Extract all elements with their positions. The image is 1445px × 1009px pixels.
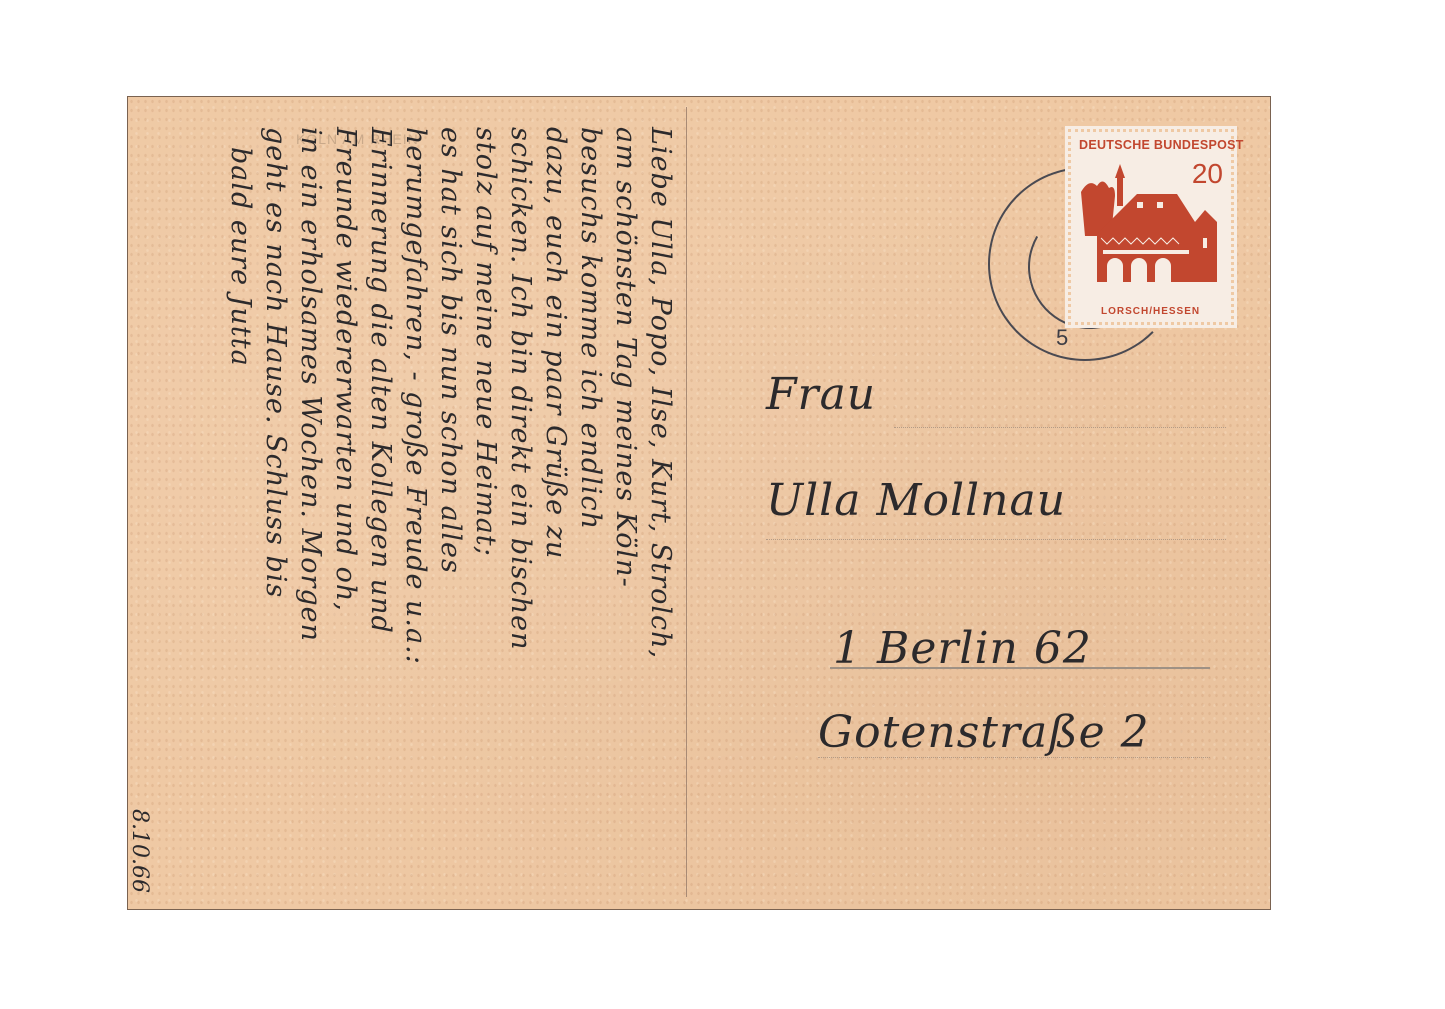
message-line: Liebe Ulla, Popo, Ilse, Kurt, Strolch, bbox=[643, 127, 678, 887]
message-line: Freunde wiedererwarten und oh, bbox=[328, 127, 363, 887]
signature: bald eure Jutta bbox=[223, 127, 258, 887]
postage-stamp: DEUTSCHE BUNDESPOST 20 bbox=[1068, 129, 1234, 325]
message-line: in ein erholsames Wochen. Morgen bbox=[293, 127, 328, 887]
gatehouse-illustration-icon bbox=[1077, 162, 1225, 302]
address-rule-1 bbox=[894, 427, 1226, 428]
address-rule-2 bbox=[766, 539, 1226, 540]
message-line: schicken. Ich bin direkt ein bischen bbox=[503, 127, 538, 887]
message-line: es hat sich bis nun schon alles bbox=[433, 127, 468, 887]
message-line: geht es nach Hause. Schluss bis bbox=[258, 127, 293, 887]
handwritten-message: Liebe Ulla, Popo, Ilse, Kurt, Strolch, a… bbox=[148, 127, 678, 887]
message-line: dazu, euch ein paar Grüße zu bbox=[538, 127, 573, 887]
message-line: herumgefahren, - große Freude u.a.: bbox=[398, 127, 433, 887]
center-divider bbox=[686, 107, 687, 897]
postmark-code: 5 bbox=[1056, 325, 1068, 351]
address-salutation: Frau bbox=[766, 369, 1210, 420]
message-area: Liebe Ulla, Popo, Ilse, Kurt, Strolch, a… bbox=[148, 127, 678, 887]
message-line: stolz auf meine neue Heimat; bbox=[468, 127, 503, 887]
stamp-issuer: DEUTSCHE BUNDESPOST bbox=[1079, 138, 1244, 152]
address-name: Ulla Mollnau bbox=[766, 475, 1210, 526]
message-line: Erinnerung die alten Kollegen und bbox=[363, 127, 398, 887]
postcard: KÖLN AM RHEIN Liebe Ulla, Popo, Ilse, Ku… bbox=[128, 97, 1270, 909]
message-line: besuchs komme ich endlich bbox=[573, 127, 608, 887]
message-date: 8.10.66 bbox=[127, 809, 152, 893]
address-rule-3 bbox=[830, 667, 1210, 669]
stamp-caption: LORSCH/HESSEN bbox=[1101, 306, 1200, 317]
address-rule-4 bbox=[818, 757, 1210, 758]
address-street: Gotenstraße 2 bbox=[818, 707, 1210, 758]
message-line: am schönsten Tag meines Köln- bbox=[608, 127, 643, 887]
